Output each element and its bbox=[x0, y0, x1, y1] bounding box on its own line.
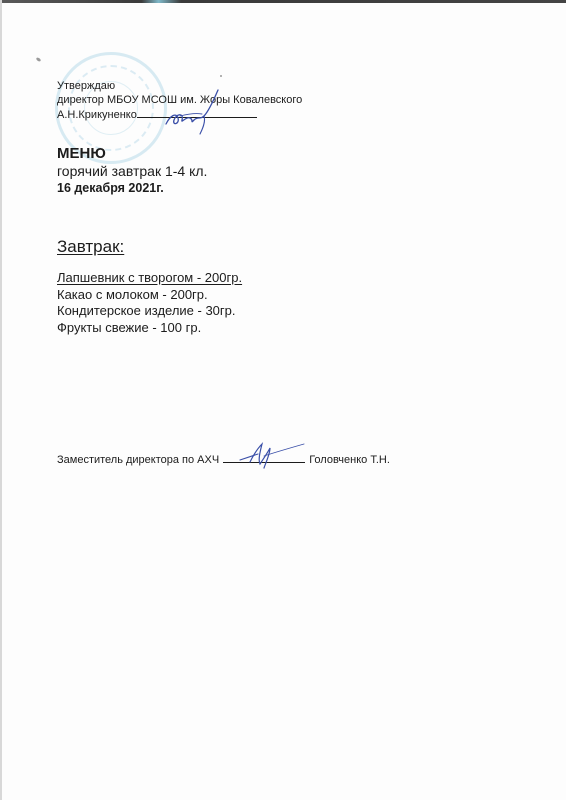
deputy-signature-block: Заместитель директора по АХЧГоловченко Т… bbox=[57, 452, 390, 467]
deputy-signer: Головченко Т.Н. bbox=[309, 454, 390, 466]
director-signature-icon bbox=[160, 86, 230, 136]
approval-signer: А.Н.Крикуненко bbox=[57, 109, 137, 121]
meal-item: Фрукты свежие - 100 гр. bbox=[57, 320, 242, 337]
meal-item: Какао с молоком - 200гр. bbox=[57, 287, 242, 304]
menu-date: 16 декабря 2021г. bbox=[57, 180, 207, 196]
meal-item: Кондитерское изделие - 30гр. bbox=[57, 303, 242, 320]
meal-title: Завтрак: bbox=[57, 237, 124, 257]
deputy-position: Заместитель директора по АХЧ bbox=[57, 454, 219, 466]
menu-header: МЕНЮ горячий завтрак 1-4 кл. 16 декабря … bbox=[57, 145, 207, 196]
meal-item: Лапшевник с творогом - 200гр. bbox=[57, 270, 242, 287]
scan-left-edge bbox=[0, 0, 2, 800]
menu-subtitle: горячий завтрак 1-4 кл. bbox=[57, 163, 207, 180]
menu-title: МЕНЮ bbox=[57, 145, 207, 163]
meal-items-list: Лапшевник с творогом - 200гр. Какао с мо… bbox=[57, 270, 242, 336]
scan-speck bbox=[36, 57, 42, 62]
scan-top-edge bbox=[0, 0, 566, 3]
scan-speck bbox=[220, 75, 222, 77]
deputy-signature-icon bbox=[236, 440, 308, 470]
